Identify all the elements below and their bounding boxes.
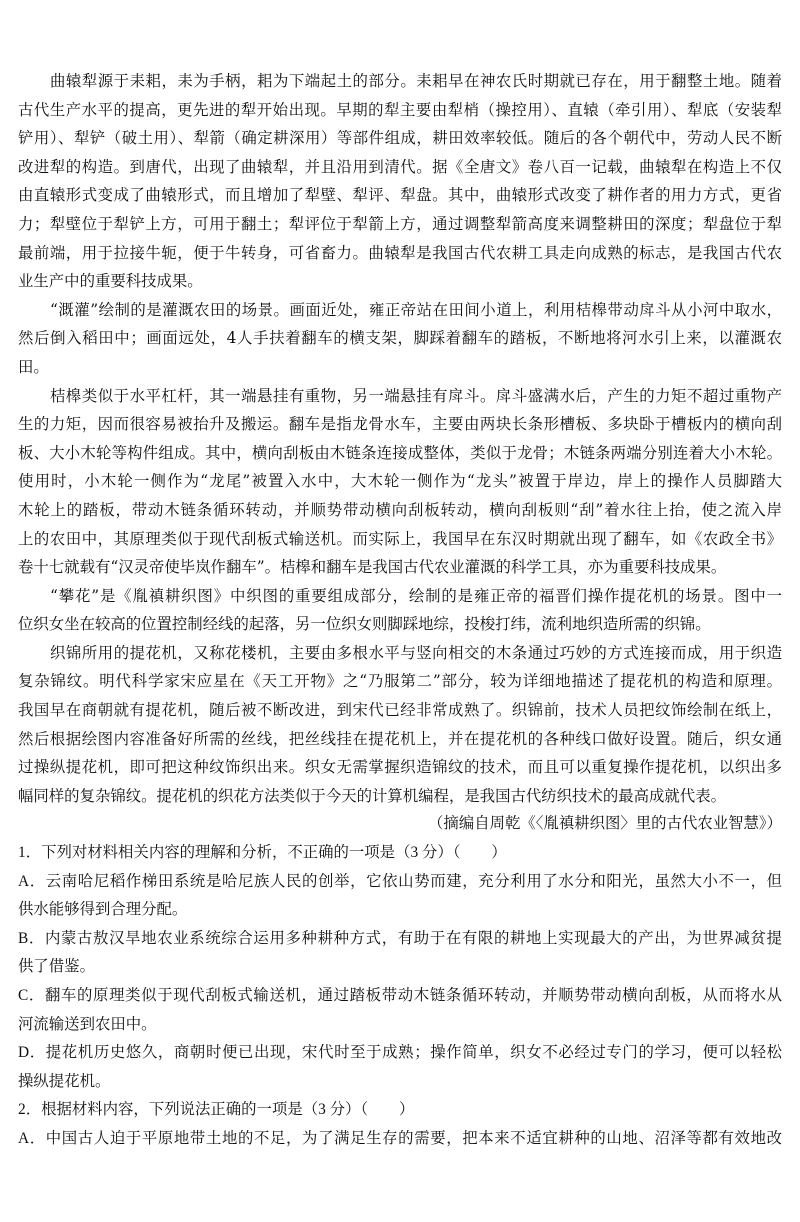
text-line: 生的力矩，因而很容易被抬升及搬运。翻车是指龙骨水车，主要由两块长条形槽板、多块卧… [18, 410, 782, 439]
text-line: 过操纵提花机，即可把这种纹饰织出来。织女无需掌握织造锦纹的技术，而且可以重复操作… [18, 753, 782, 782]
exam-page: 曲辕犁源于耒耜，耒为手柄，耜为下端起土的部分。耒耜早在神农氏时期就已存在，用于翻… [18, 67, 782, 1154]
text-line: 复杂锦纹。明代科学家宋应星在《天工开物》之“乃服第二”部分，较为详细地描述了提花… [18, 667, 782, 696]
text-line: 古代生产水平的提高，更先进的犁开始出现。早期的犁主要由犁梢（操控用）、直辕（牵引… [18, 96, 782, 125]
option-line: 供水能够得到合理分配。 [18, 896, 782, 925]
text-line: 织锦所用的提花机，又称花楼机，主要由多根水平与竖向相交的木条通过巧妙的方式连接而… [18, 639, 782, 668]
text-line: 卷十七就载有“汉灵帝使毕岚作翻车”。桔槔和翻车是我国古代农业灌溉的科学工具，亦为… [18, 553, 782, 582]
text-line: 位织女坐在较高的位置控制经线的起落，另一位织女则脚踩地综，投梭打纬，流利地织造所… [18, 610, 782, 639]
question-stem: 1．下列对材料相关内容的理解和分析，不正确的一项是（3 分）（ ） [18, 839, 782, 868]
option-a[interactable]: A．云南哈尼稻作梯田系统是哈尼族人民的创举，它依山势而建，充分利用了水分和阳光，… [18, 868, 782, 925]
option-c[interactable]: C．翻车的原理类似于现代刮板式输送机，通过踏板带动木链条循环转动，并顺势带动横向… [18, 982, 782, 1039]
text-line: 然后倒入稻田中；画面远处，4人手扶着翻车的横支架，脚踩着翻车的踏板，不断地将河水… [18, 324, 782, 353]
question-stem: 2．根据材料内容，下列说法正确的一项是（3 分）（ ） [18, 1096, 782, 1125]
text-line: 桔槔类似于水平杠杆，其一端悬挂有重物，另一端悬挂有戽斗。戽斗盛满水后，产生的力矩… [18, 382, 782, 411]
material-paragraph-irrigation: “溉灌”绘制的是灌溉农田的场景。画面近处，雍正帝站在田间小道上，利用桔槔带动戽斗… [18, 296, 782, 382]
text-line: 业生产中的重要科技成果。 [18, 267, 782, 296]
text-line: 然后根据绘图内容准备好所需的丝线，把丝线挂在提花机上，并在提花机的各种线口做好设… [18, 725, 782, 754]
text-line: 最前端，用于拉接牛轭，便于牛转身，可省畜力。曲辕犁是我国古代农耕工具走向成熟的标… [18, 239, 782, 268]
text-line: 使用时，小木轮一侧作为“龙尾”被置入水中，大木轮一侧作为“龙头”被置于岸边，岸上… [18, 467, 782, 496]
material-paragraph-waterwheel: 桔槔类似于水平杠杆，其一端悬挂有重物，另一端悬挂有戽斗。戽斗盛满水后，产生的力矩… [18, 382, 782, 582]
source-citation: （摘编自周乾《〈胤禛耕织图〉里的古代农业智慧》） [18, 810, 782, 839]
question-1: 1．下列对材料相关内容的理解和分析，不正确的一项是（3 分）（ ） A．云南哈尼… [18, 839, 782, 1096]
text-line: 幅同样的复杂锦纹。提花机的织花方法类似于今天的计算机编程，是我国古代纺织技术的最… [18, 782, 782, 811]
option-line: A．云南哈尼稻作梯田系统是哈尼族人民的创举，它依山势而建，充分利用了水分和阳光，… [18, 868, 782, 897]
text-line: 由直辕形式变成了曲辕形式，而且增加了犁壁、犁评、犁盘。其中，曲辕形式改变了耕作者… [18, 181, 782, 210]
text-line: 改进犁的构造。到唐代，出现了曲辕犁，并且沿用到清代。据《全唐文》卷八百一记载，曲… [18, 153, 782, 182]
option-line: 河流输送到农田中。 [18, 1011, 782, 1040]
option-line: C．翻车的原理类似于现代刮板式输送机，通过踏板带动木链条循环转动，并顺势带动横向… [18, 982, 782, 1011]
text-line: 板、大小木轮等构件组成。其中，横向刮板由木链条连接成整体，类似于龙骨；木链条两端… [18, 439, 782, 468]
text-line: 力；犁壁位于犁铲上方，可用于翻土；犁评位于犁箭上方，通过调整犁箭高度来调整耕田的… [18, 210, 782, 239]
option-line: 供了借鉴。 [18, 953, 782, 982]
text-line: 我国早在商朝就有提花机，随后被不断改进，到宋代已经非常成熟了。织锦前，技术人员把… [18, 696, 782, 725]
option-line: A．中国古人迫于平原地带土地的不足，为了满足生存的需要，把本来不适宜耕种的山地、… [18, 1125, 782, 1154]
option-b[interactable]: B．内蒙古敖汉旱地农业系统综合运用多种耕种方式，有助于在有限的耕地上实现最大的产… [18, 925, 782, 982]
option-line: 操纵提花机。 [18, 1068, 782, 1097]
material-paragraph-plough: 曲辕犁源于耒耜，耒为手柄，耜为下端起土的部分。耒耜早在神农氏时期就已存在，用于翻… [18, 67, 782, 296]
option-d[interactable]: D．提花机历史悠久，商朝时便已出现，宋代时至于成熟；操作简单，织女不必经过专门的… [18, 1039, 782, 1096]
option-line: D．提花机历史悠久，商朝时便已出现，宋代时至于成熟；操作简单，织女不必经过专门的… [18, 1039, 782, 1068]
text-line: 田。 [18, 353, 782, 382]
text-line: “溉灌”绘制的是灌溉农田的场景。画面近处，雍正帝站在田间小道上，利用桔槔带动戽斗… [18, 296, 782, 325]
text-line: “攀花”是《胤禛耕织图》中织图的重要组成部分，绘制的是雍正帝的福晋们操作提花机的… [18, 582, 782, 611]
option-line: B．内蒙古敖汉旱地农业系统综合运用多种耕种方式，有助于在有限的耕地上实现最大的产… [18, 925, 782, 954]
option-a[interactable]: A．中国古人迫于平原地带土地的不足，为了满足生存的需要，把本来不适宜耕种的山地、… [18, 1125, 782, 1154]
text-line: 铲用）、犁铲（破土用）、犁箭（确定耕深用）等部件组成，耕田效率较低。随后的各个朝… [18, 124, 782, 153]
material-paragraph-panhua: “攀花”是《胤禛耕织图》中织图的重要组成部分，绘制的是雍正帝的福晋们操作提花机的… [18, 582, 782, 639]
question-2: 2．根据材料内容，下列说法正确的一项是（3 分）（ ） A．中国古人迫于平原地带… [18, 1096, 782, 1153]
text-line: 曲辕犁源于耒耜，耒为手柄，耜为下端起土的部分。耒耜早在神农氏时期就已存在，用于翻… [18, 67, 782, 96]
text-line: 上的农田中，其原理类似于现代刮板式输送机。而实际上，我国早在东汉时期就出现了翻车… [18, 525, 782, 554]
material-paragraph-loom: 织锦所用的提花机，又称花楼机，主要由多根水平与竖向相交的木条通过巧妙的方式连接而… [18, 639, 782, 811]
text-line: 木轮上的踏板，带动木链条循环转动，并顺势带动横向刮板转动，横向刮板则“刮”着水往… [18, 496, 782, 525]
